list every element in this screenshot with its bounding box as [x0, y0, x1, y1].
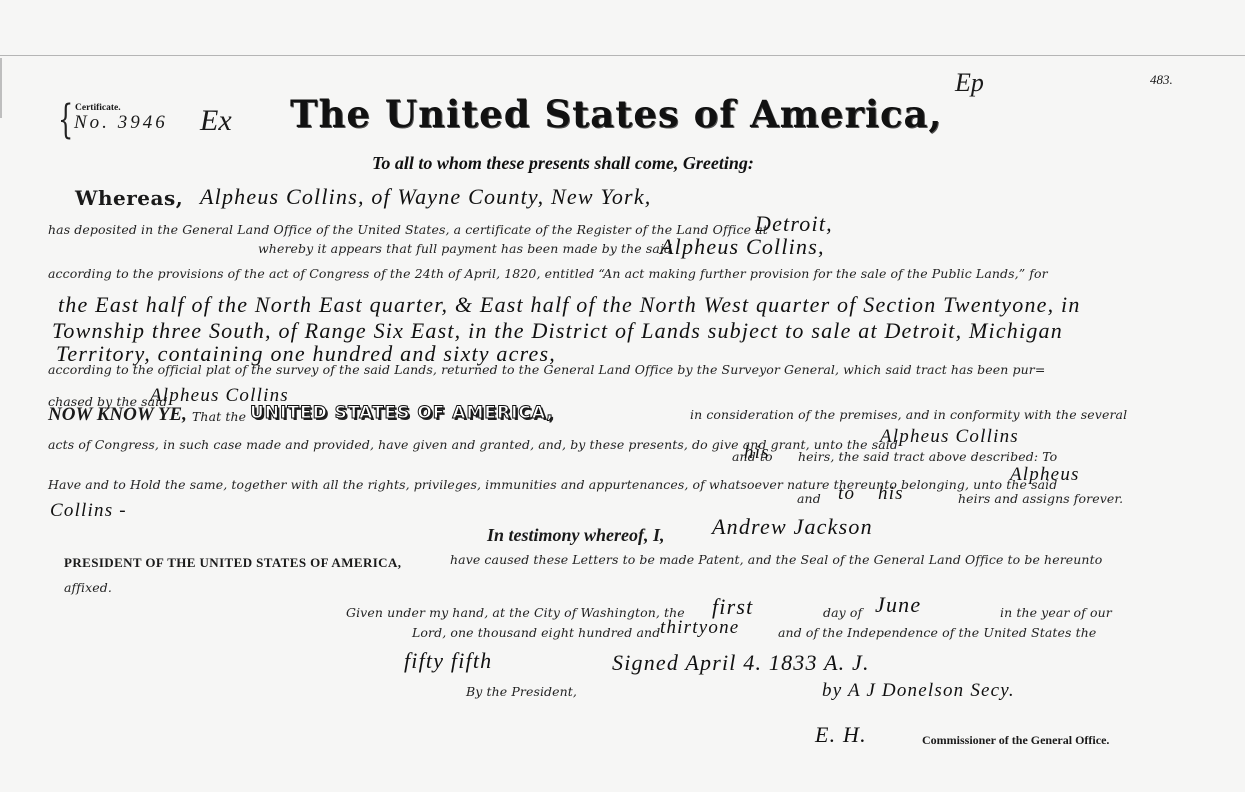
- his-handwritten-2: his: [878, 483, 904, 505]
- document-title: The United States of America,: [290, 92, 942, 136]
- that-the-text: That the: [192, 409, 246, 424]
- his-handwritten-1: his: [744, 442, 770, 464]
- scan-left-rule: [0, 58, 2, 118]
- commissioner-title: Commissioner of the General Office.: [922, 733, 1109, 748]
- given-under-hand-text: Given under my hand, at the City of Wash…: [346, 605, 685, 620]
- have-and-hold-text: Have and to Hold the same, together with…: [48, 477, 1057, 492]
- greeting: To all to whom these presents shall come…: [372, 153, 754, 174]
- month-handwritten: June: [875, 592, 921, 618]
- lord-thousand-text: Lord, one thousand eight hundred and: [412, 625, 660, 640]
- according-act-text: according to the provisions of the act o…: [48, 266, 1048, 281]
- by-the-president-text: By the President,: [466, 684, 577, 699]
- certificate-number: No. 3946: [74, 112, 168, 134]
- and-text-2: and: [797, 491, 821, 506]
- year-suffix-handwritten: thirtyone: [660, 617, 739, 639]
- certificate-annotation: Ex: [200, 104, 232, 138]
- testimony-text: In testimony whereof, I,: [487, 525, 665, 546]
- united-states-block-letters: UNITED STATES OF AMERICA,: [250, 403, 554, 423]
- independence-year-handwritten: fifty fifth: [404, 648, 492, 674]
- scan-top-rule: [0, 55, 1245, 56]
- grantee-handwritten-1: Alpheus Collins: [880, 426, 1019, 448]
- grantee-handwritten-2b: Collins -: [50, 500, 127, 522]
- to-handwritten-2: to: [838, 483, 855, 505]
- certificate-number-prefix: No.: [74, 112, 110, 133]
- letters-patent-text: have caused these Letters to be made Pat…: [450, 552, 1102, 567]
- page-number: 483.: [1150, 72, 1173, 88]
- land-patent-document: { Certificate. No. 3946 Ex Ep 483. The U…: [0, 0, 1245, 792]
- now-know-ye-heading: NOW KNOW YE,: [48, 404, 187, 426]
- president-name-handwritten: Andrew Jackson: [712, 514, 873, 540]
- day-of-text: day of: [823, 605, 862, 620]
- certificate-number-value: 3946: [118, 112, 168, 133]
- affixed-text: affixed.: [64, 580, 112, 595]
- consideration-text: in consideration of the premises, and in…: [690, 407, 1127, 422]
- year-of-our-text: in the year of our: [1000, 605, 1112, 620]
- heirs-tract-text: heirs, the said tract above described: T…: [798, 449, 1057, 464]
- secretary-signature: by A J Donelson Secy.: [822, 680, 1015, 702]
- grantee-origin-handwritten: Alpheus Collins, of Wayne County, New Yo…: [200, 184, 652, 210]
- commissioner-initials: E. H.: [815, 722, 867, 748]
- signed-date-note: Signed April 4. 1833 A. J.: [612, 650, 870, 676]
- margin-mark: Ep: [955, 68, 984, 98]
- tract-description-line-1: the East half of the North East quarter,…: [58, 292, 1081, 318]
- president-caps-text: PRESIDENT OF THE UNITED STATES OF AMERIC…: [64, 555, 401, 571]
- according-plat-text: according to the official plat of the su…: [48, 362, 1045, 377]
- whereby-text: whereby it appears that full payment has…: [258, 241, 672, 256]
- grantee-handwritten-2a: Alpheus: [1010, 464, 1080, 486]
- independence-text: and of the Independence of the United St…: [778, 625, 1096, 640]
- certificate-brace: {: [58, 100, 73, 140]
- heirs-assigns-text: heirs and assigns forever.: [958, 491, 1123, 506]
- payer-handwritten: Alpheus Collins,: [660, 234, 825, 260]
- whereas-heading: Whereas,: [75, 186, 183, 210]
